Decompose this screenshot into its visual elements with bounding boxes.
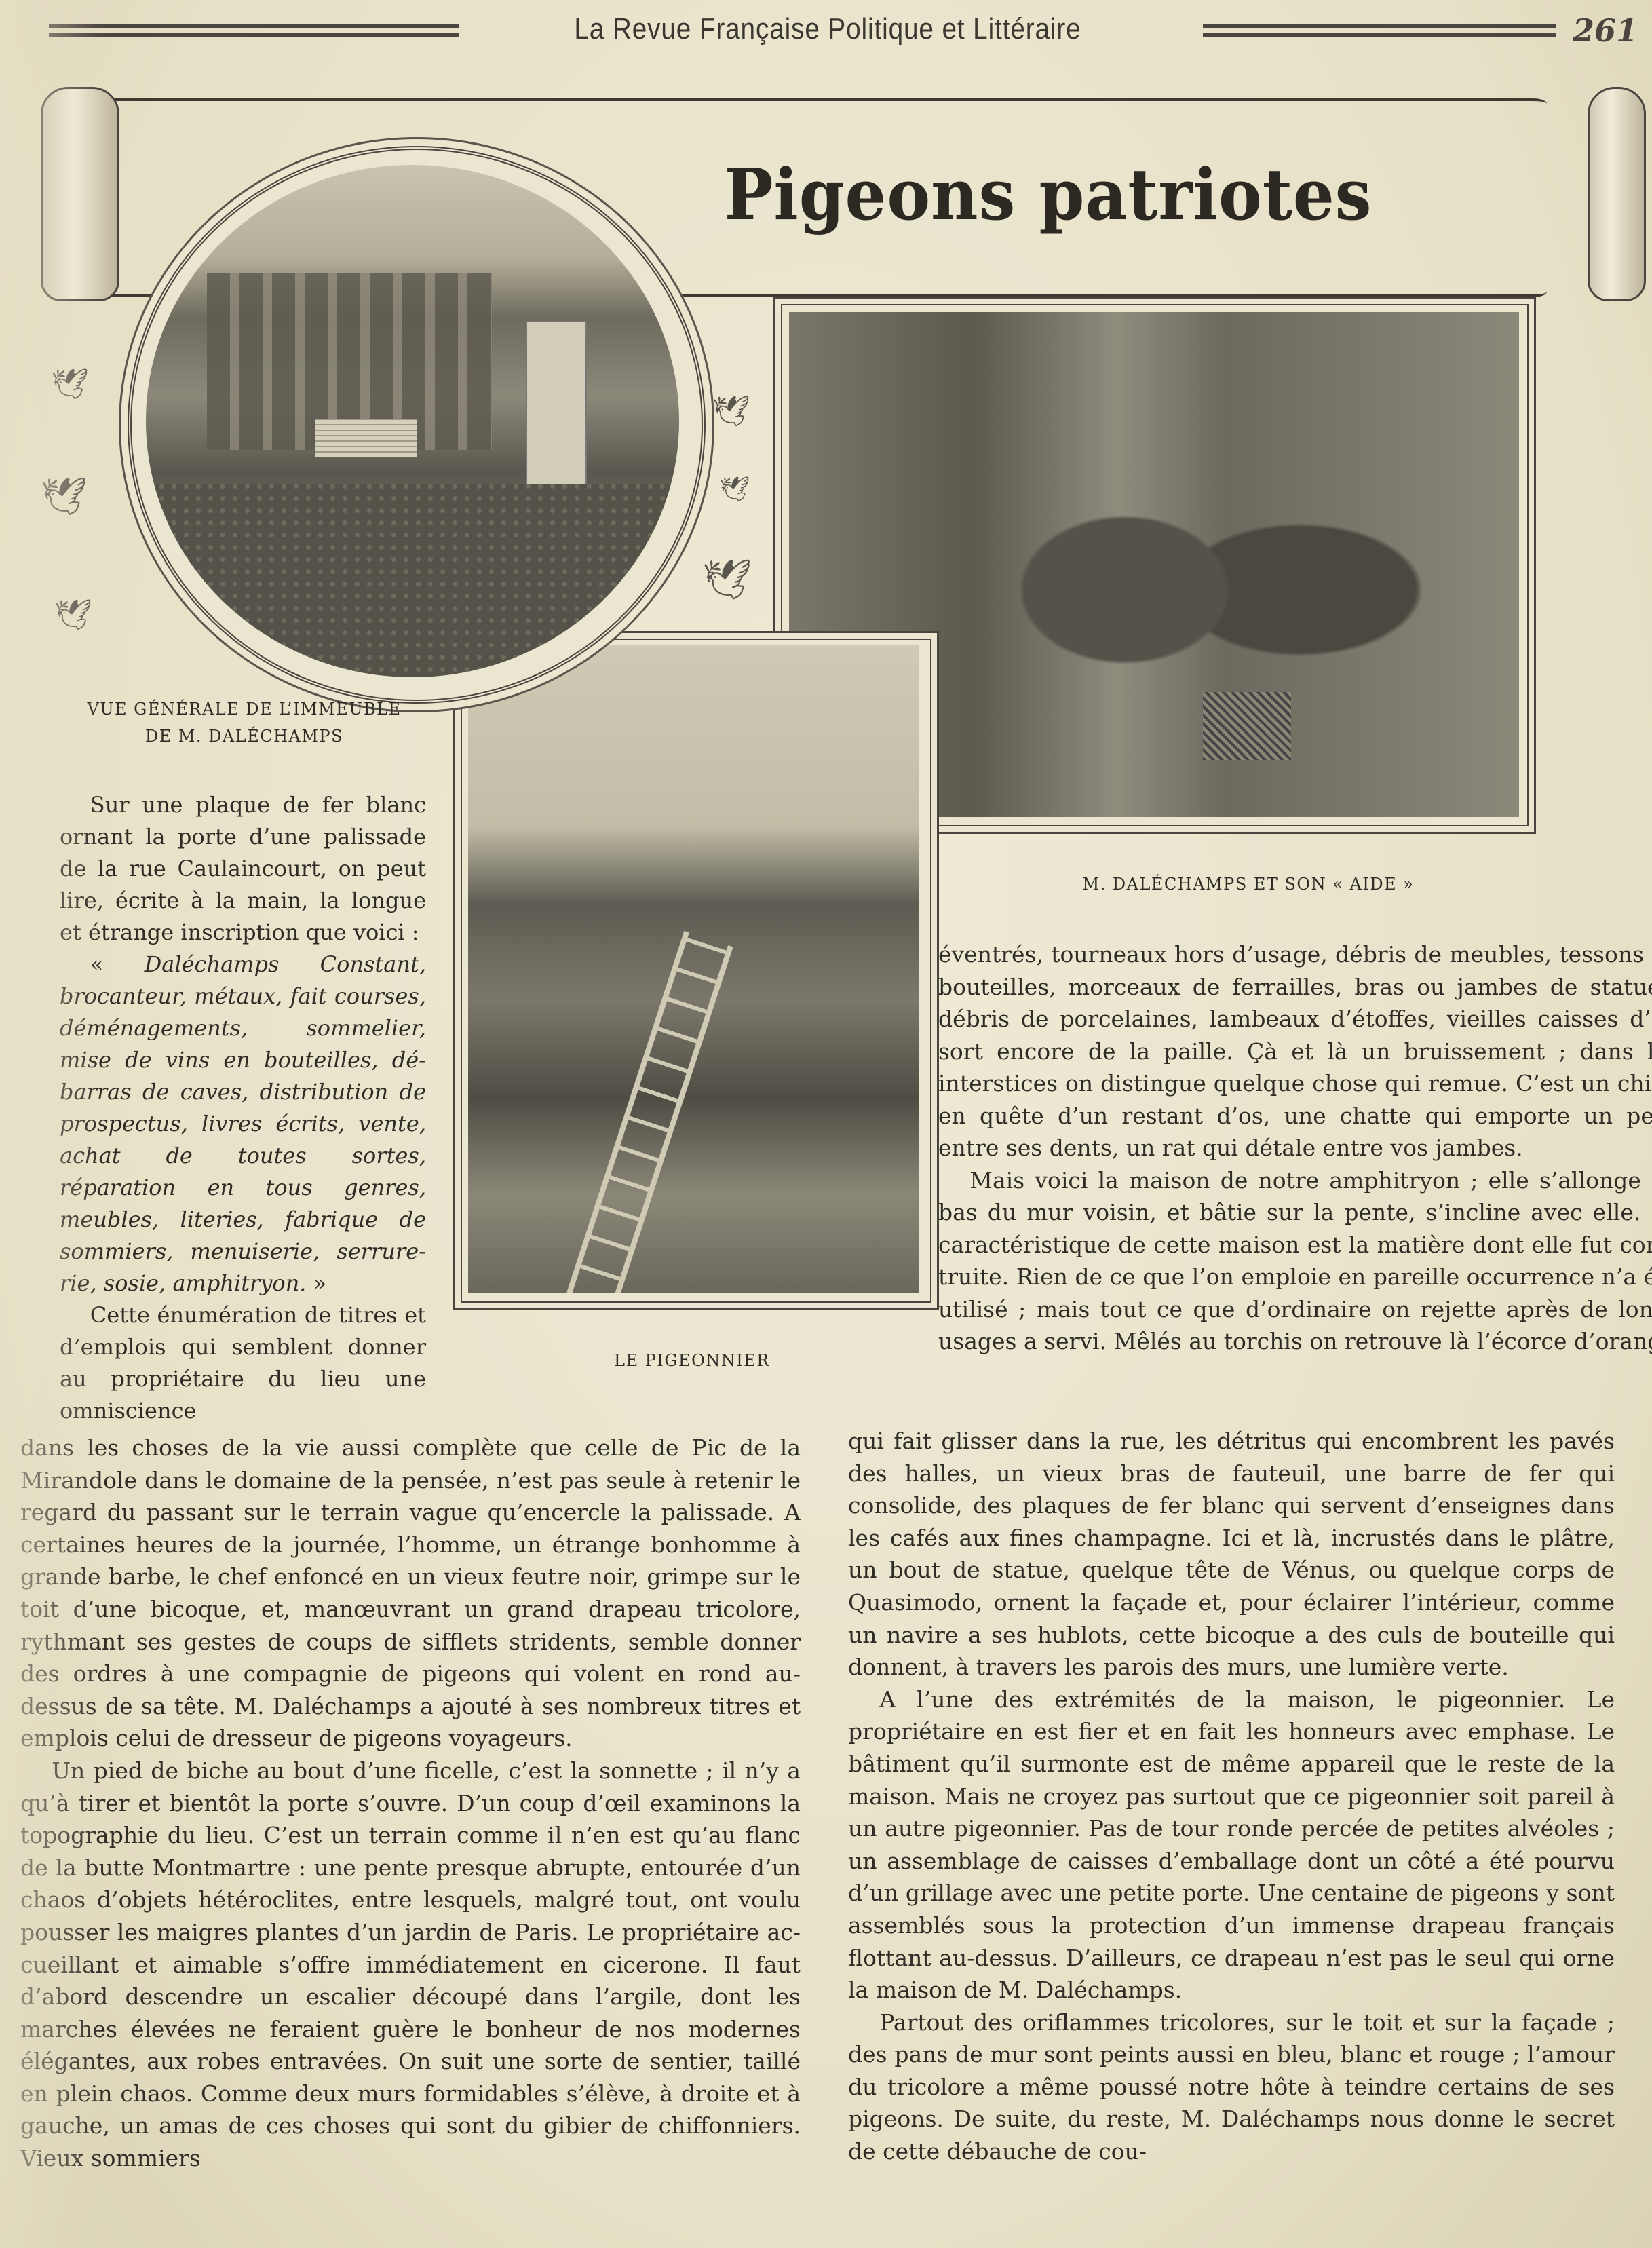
quote-mark: » <box>306 1270 326 1296</box>
caption-line: DE M. DALÉCHAMPS <box>54 723 434 750</box>
paragraph: éventrés, tourneaux hors d’usage, débris… <box>938 938 1652 1164</box>
paragraph: Partout des oriflammes tricolores, sur l… <box>848 2006 1615 2168</box>
paragraph: qui fait glisser dans la rue, les détrit… <box>848 1425 1615 1683</box>
inscription-text: Daléchamps Constant, brocanteur, métaux,… <box>60 951 426 1296</box>
paragraph: Cette énumération de ti­tres et d’emploi… <box>60 1299 426 1427</box>
quote-mark: « <box>90 951 145 977</box>
paragraph: Mais voici la maison de notre amphitryon… <box>938 1164 1652 1358</box>
flying-bird-icon: 🕊 <box>719 475 750 503</box>
vacant-lot <box>146 484 679 677</box>
paragraph: A l’une des extrémités de la maison, le … <box>848 1683 1615 2006</box>
journal-title: La Revue Française Politique et Littérai… <box>517 12 1138 46</box>
caption-pigeonnier: LE PIGEONNIER <box>543 1347 841 1374</box>
caption-immeuble: VUE GÉNÉRALE DE L’IMMEUBLE DE M. DALÉCHA… <box>54 696 434 750</box>
ladder <box>566 931 733 1293</box>
header-rule-left <box>49 23 459 38</box>
quoted-inscription: « Daléchamps Constant, brocanteur, métau… <box>60 949 426 1299</box>
paragraph: Sur une plaque de fer blanc ornant la po… <box>60 789 426 949</box>
photo-pigeonnier <box>468 645 919 1293</box>
photo-immeuble <box>146 165 679 677</box>
flying-bird-icon: 🕊 <box>51 366 89 402</box>
scroll-roll-right-icon <box>1588 87 1646 301</box>
caption-line: VUE GÉNÉRALE DE L’IMMEUBLE <box>54 696 434 723</box>
paragraph: Un pied de biche au bout d’une ficelle, … <box>20 1755 801 2175</box>
pigeon-cage <box>1203 692 1291 760</box>
body-column-right-top: éventrés, tourneaux hors d’usage, débris… <box>938 938 1652 1358</box>
flying-bird-icon: 🕊 <box>41 475 88 518</box>
shack-roof <box>315 419 417 457</box>
paragraph: dans les choses de la vie aussi complète… <box>20 1432 801 1755</box>
flying-bird-icon: 🕊 <box>702 556 752 603</box>
body-column-left-wide: dans les choses de la vie aussi complète… <box>20 1432 801 2175</box>
page-number: 261 <box>1573 12 1638 49</box>
header-rule-right <box>1203 23 1556 38</box>
article-title: Pigeons patriotes <box>721 153 1376 236</box>
flying-bird-icon: 🕊 <box>712 394 750 429</box>
body-column-right-bottom: qui fait glisser dans la rue, les détrit… <box>848 1425 1615 2168</box>
scroll-roll-left-icon <box>41 87 119 301</box>
flying-bird-icon: 🕊 <box>54 597 92 632</box>
caption-aide: M. DALÉCHAMPS ET SON « AIDE » <box>977 871 1520 898</box>
body-column-left-narrow: Sur une plaque de fer blanc ornant la po… <box>60 789 426 1427</box>
